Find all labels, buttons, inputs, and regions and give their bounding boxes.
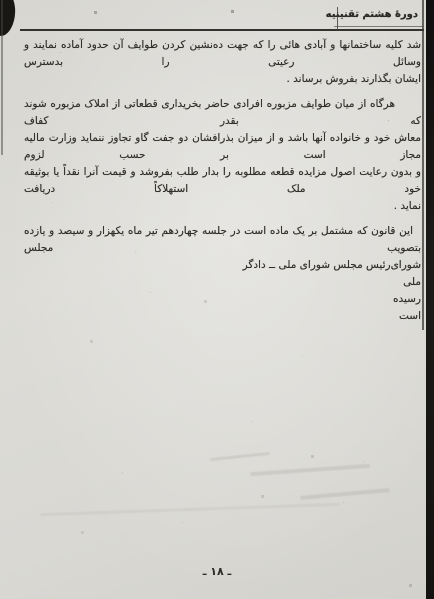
document-body: شد کلیه ساختمانها و آبادی هائی را که جهت…: [24, 37, 421, 333]
paragraph-2-line-2: معاش خود و خانواده آنها باشد و از میزان …: [24, 130, 421, 164]
scan-bleedthrough-mark: [210, 452, 270, 461]
paragraph-2-line-3: و بدون رعایت اصول مزایده قطعه مطلوبه را …: [24, 164, 421, 198]
scan-bleedthrough-mark: [300, 488, 390, 500]
header-rule: [20, 29, 424, 31]
scan-edge-line-right: [422, 0, 424, 330]
speaker-signature: رئیس مجلس شورای ملی ــ دادگر: [0, 257, 391, 325]
page-number: ـ ۱۸ ـ: [0, 565, 434, 578]
scan-edge-line-left: [1, 0, 3, 155]
paragraph-3-line-2: شورای ملی رسیده است رئیس مجلس شورای ملی …: [24, 257, 421, 325]
paragraph-2: هرگاه از میان طوایف مزبوره افرادی حاضر ب…: [24, 96, 421, 215]
paragraph-2-line-1: هرگاه از میان طوایف مزبوره افرادی حاضر ب…: [24, 96, 421, 130]
header-rule-thin: [334, 26, 424, 27]
paragraph-2-line-4: نماید .: [24, 198, 421, 215]
paragraph-3-ratification-clause: این قانون که مشتمل بر یک ماده است در جلس…: [24, 223, 421, 325]
paragraph-1: شد کلیه ساختمانها و آبادی هائی را که جهت…: [24, 37, 421, 88]
ratification-continuation: شورای ملی رسیده است: [391, 257, 421, 325]
paragraph-1-line-2: ایشان بگذارند بفروش برساند .: [24, 71, 421, 88]
paragraph-3-line-1: این قانون که مشتمل بر یک ماده است در جلس…: [24, 223, 421, 257]
scan-noise-speckles: [0, 0, 1, 1]
scan-bleedthrough-mark: [250, 464, 370, 476]
legislative-period-title: دورهٔ هشتم تقنینیه: [326, 9, 418, 20]
scan-bleedthrough-mark: [40, 503, 340, 516]
scan-edge-band-right: [426, 0, 434, 599]
paragraph-1-line-1: شد کلیه ساختمانها و آبادی هائی را که جهت…: [24, 37, 421, 71]
scanned-document-page: دورهٔ هشتم تقنینیه شد کلیه ساختمانها و آ…: [0, 0, 434, 599]
